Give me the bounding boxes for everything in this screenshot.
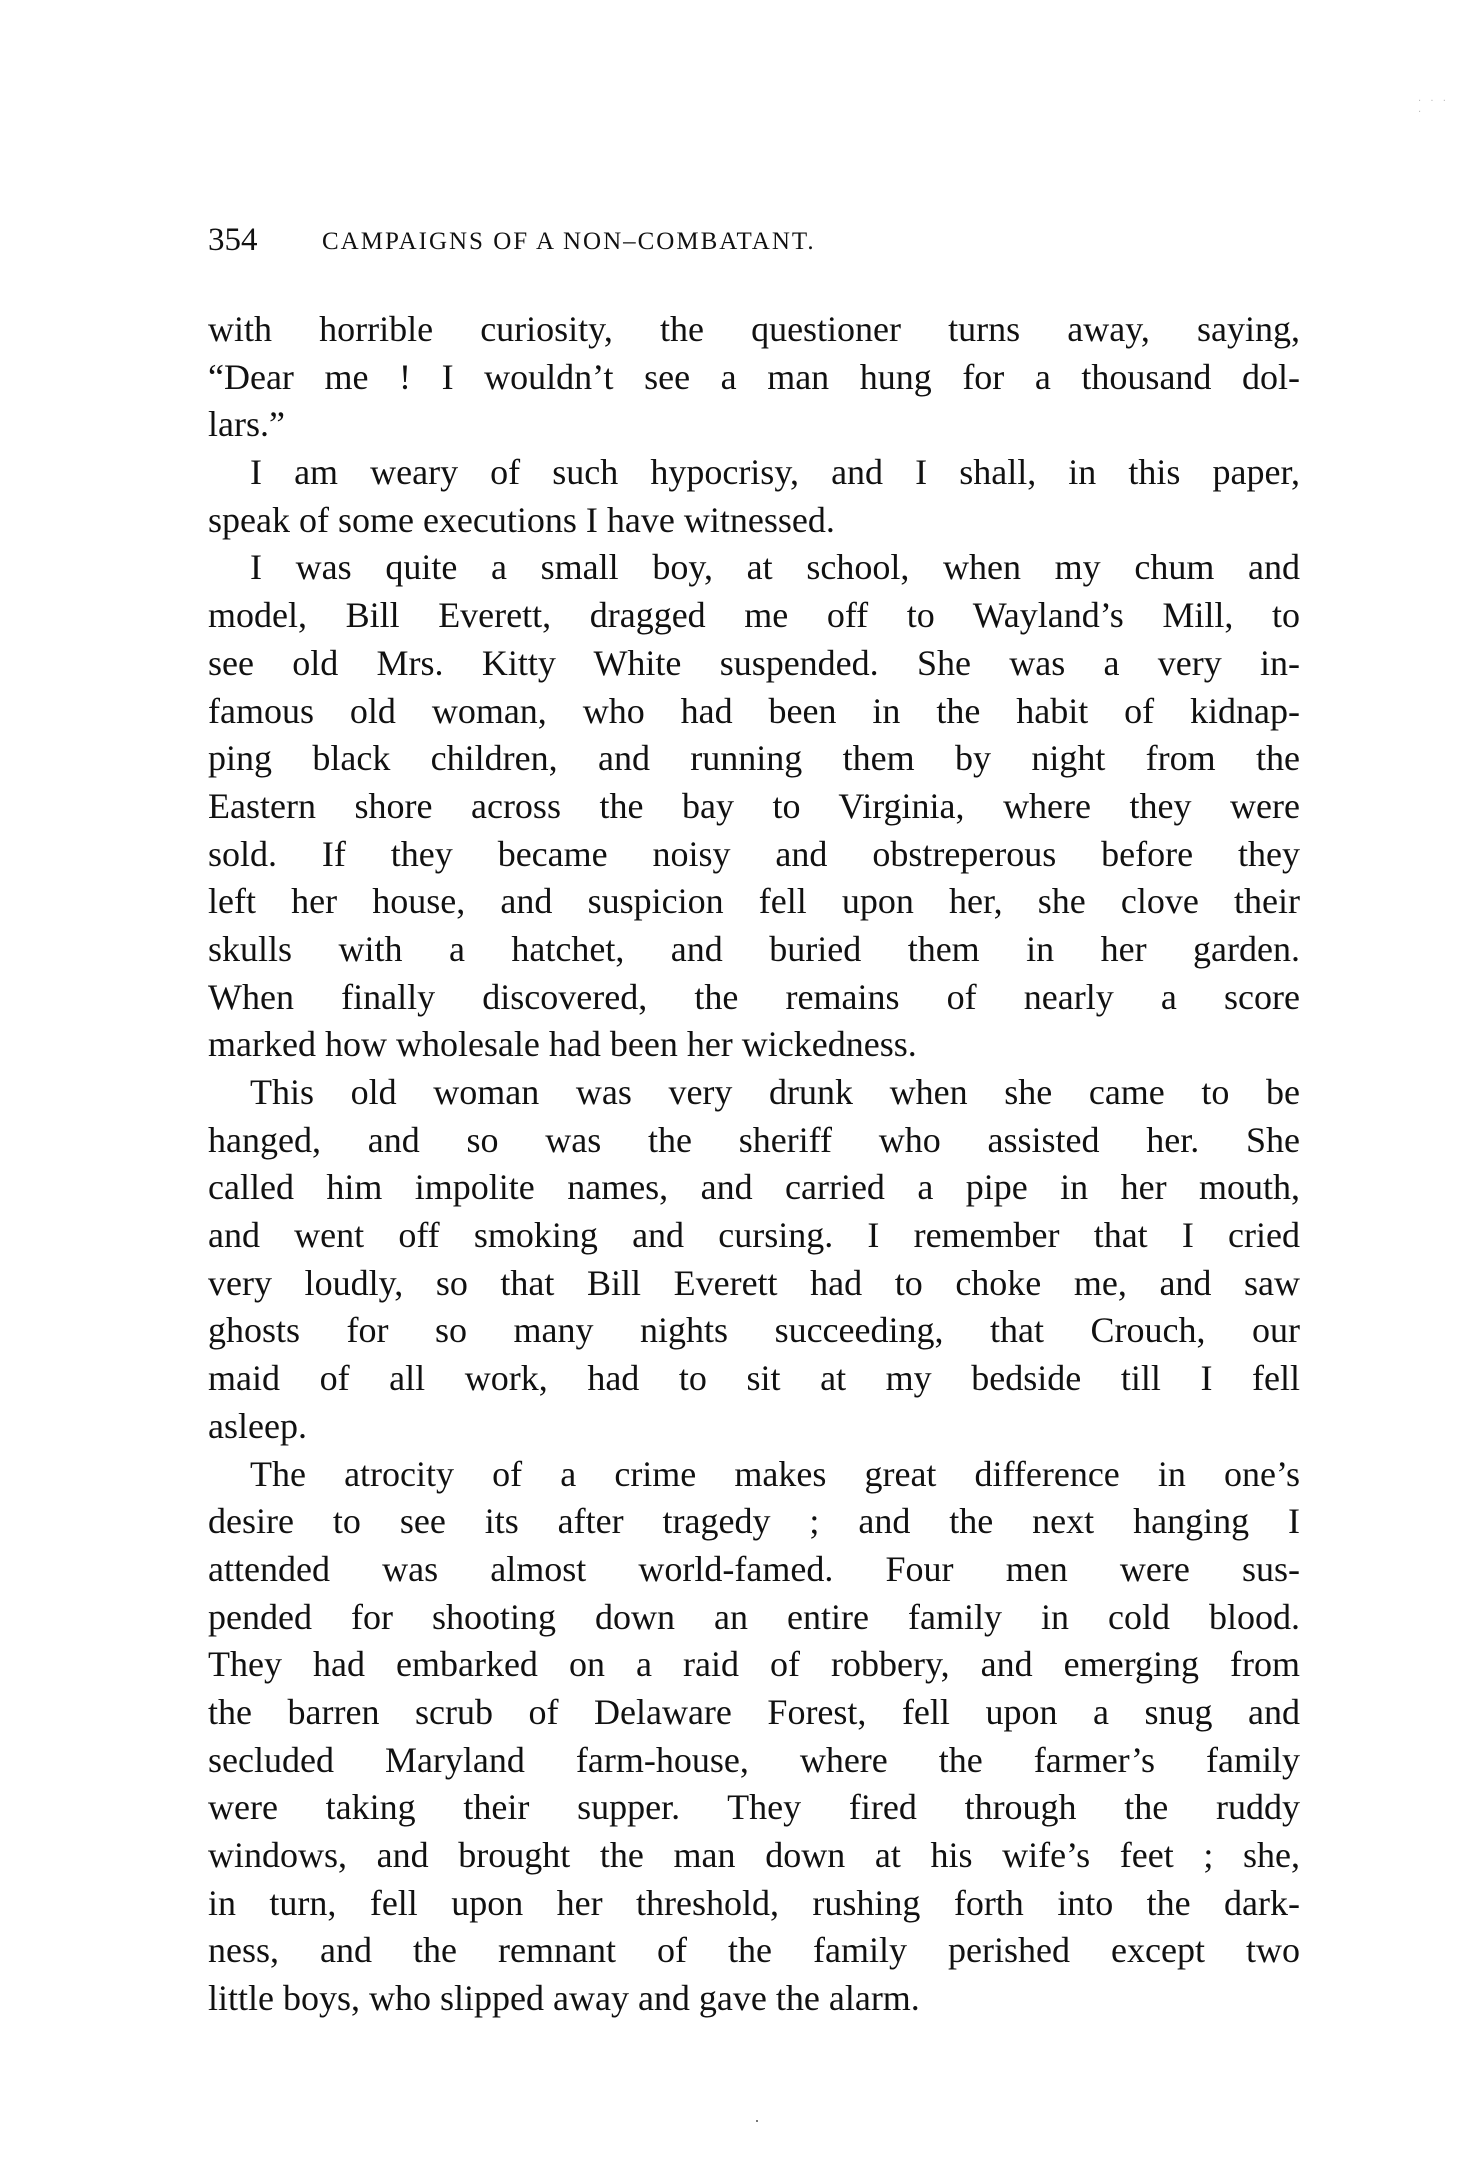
text-line: and went off smoking and cursing. I reme… [208, 1212, 1300, 1260]
text-line: in turn, fell upon her threshold, rushin… [208, 1880, 1300, 1928]
text-line: hanged, and so was the sheriff who assis… [208, 1117, 1300, 1165]
text-line: model, Bill Everett, dragged me off to W… [208, 592, 1300, 640]
text-line: ping black children, and running them by… [208, 735, 1300, 783]
book-page: · · · · 354 CAMPAIGNS OF A NON–COMBATANT… [0, 0, 1459, 2182]
body-text: with horrible curiosity, the questioner … [208, 306, 1300, 2023]
text-line: “Dear me ! I wouldn’t see a man hung for… [208, 354, 1300, 402]
scan-speck [756, 2120, 758, 2122]
text-line: windows, and brought the man down at his… [208, 1832, 1300, 1880]
text-line: very loudly, so that Bill Everett had to… [208, 1260, 1300, 1308]
text-line: speak of some executions I have witnesse… [208, 497, 1300, 545]
running-title: CAMPAIGNS OF A NON–COMBATANT. [322, 220, 816, 264]
text-line: Eastern shore across the bay to Virginia… [208, 783, 1300, 831]
text-line: with horrible curiosity, the questioner … [208, 306, 1300, 354]
running-head: 354 CAMPAIGNS OF A NON–COMBATANT. [208, 218, 1300, 262]
text-line: skulls with a hatchet, and buried them i… [208, 926, 1300, 974]
text-line: famous old woman, who had been in the ha… [208, 688, 1300, 736]
text-line: desire to see its after tragedy ; and th… [208, 1498, 1300, 1546]
text-line: sold. If they became noisy and obstreper… [208, 831, 1300, 879]
text-line: secluded Maryland farm-house, where the … [208, 1737, 1300, 1785]
text-line: left her house, and suspicion fell upon … [208, 878, 1300, 926]
text-line: marked how wholesale had been her wicked… [208, 1021, 1300, 1069]
text-line: asleep. [208, 1403, 1300, 1451]
text-line: see old Mrs. Kitty White suspended. She … [208, 640, 1300, 688]
text-line: ghosts for so many nights succeeding, th… [208, 1307, 1300, 1355]
text-line: maid of all work, had to sit at my bedsi… [208, 1355, 1300, 1403]
text-line: When finally discovered, the remains of … [208, 974, 1300, 1022]
paragraph-first-line: This old woman was very drunk when she c… [208, 1069, 1300, 1117]
text-line: called him impolite names, and carried a… [208, 1164, 1300, 1212]
paragraph-first-line: I am weary of such hypocrisy, and I shal… [208, 449, 1300, 497]
paragraph-first-line: The atrocity of a crime makes great diff… [208, 1451, 1300, 1499]
paragraph-first-line: I was quite a small boy, at school, when… [208, 544, 1300, 592]
text-line: They had embarked on a raid of robbery, … [208, 1641, 1300, 1689]
text-line: were taking their supper. They fired thr… [208, 1784, 1300, 1832]
text-line: lars.” [208, 401, 1300, 449]
text-line: the barren scrub of Delaware Forest, fel… [208, 1689, 1300, 1737]
scan-artifact: · · · · [1418, 96, 1454, 106]
page-number: 354 [208, 218, 258, 262]
text-line: little boys, who slipped away and gave t… [208, 1975, 1300, 2023]
text-line: pended for shooting down an entire famil… [208, 1594, 1300, 1642]
text-line: attended was almost world-famed. Four me… [208, 1546, 1300, 1594]
text-line: ness, and the remnant of the family peri… [208, 1927, 1300, 1975]
